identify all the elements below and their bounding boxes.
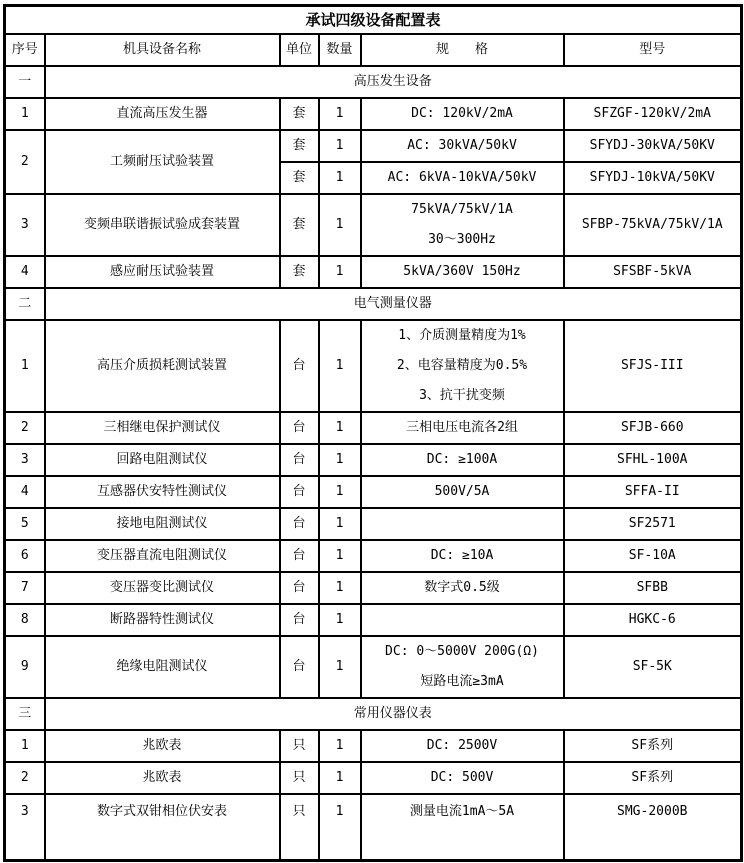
equipment-name-cell: 接地电阻测试仪	[45, 508, 280, 540]
quantity-cell: 1	[319, 320, 361, 412]
spec-cell: DC: 0～5000V 200G(Ω)短路电流≥3mA	[361, 636, 564, 698]
equipment-name-cell: 兆欧表	[45, 762, 280, 794]
table-row: 1高压介质损耗测试装置台11、介质测量精度为1%2、电容量精度为0.5%3、抗干…	[5, 320, 742, 412]
row-number-cell: 2	[5, 412, 45, 444]
spec-cell: DC: ≥100A	[361, 444, 564, 476]
spec-cell: 数字式0.5级	[361, 572, 564, 604]
title-row: 承试四级设备配置表	[5, 6, 742, 35]
table-row: 3变频串联谐振试验成套装置套175kVA/75kV/1A30～300HzSFBP…	[5, 194, 742, 256]
model-cell: SFYDJ-30kVA/50KV	[564, 130, 742, 162]
spec-line: 测量电流1mA～5A	[362, 797, 563, 827]
model-cell: SFHL-100A	[564, 444, 742, 476]
quantity-cell: 1	[319, 256, 361, 288]
quantity-cell: 1	[319, 130, 361, 162]
column-header-qty: 数量	[319, 34, 361, 66]
quantity-cell: 1	[319, 508, 361, 540]
spec-line: 3、抗干扰变频	[362, 381, 563, 411]
equipment-name-cell: 变压器直流电阻测试仪	[45, 540, 280, 572]
spec-cell: DC: ≥10A	[361, 540, 564, 572]
section-category: 电气测量仪器	[45, 288, 742, 320]
spec-cell	[361, 508, 564, 540]
column-header-model: 型号	[564, 34, 742, 66]
equipment-name-cell: 直流高压发生器	[45, 98, 280, 130]
row-number-cell: 9	[5, 636, 45, 698]
unit-cell: 套	[280, 256, 319, 288]
unit-cell: 台	[280, 636, 319, 698]
section-index: 一	[5, 66, 45, 98]
model-cell: SF系列	[564, 730, 742, 762]
row-number-cell: 1	[5, 320, 45, 412]
row-number-cell: 4	[5, 476, 45, 508]
spec-cell: 75kVA/75kV/1A30～300Hz	[361, 194, 564, 256]
quantity-cell: 1	[319, 762, 361, 794]
table-row: 1直流高压发生器套1DC: 120kV/2mASFZGF-120kV/2mA	[5, 98, 742, 130]
unit-cell: 套	[280, 162, 319, 194]
row-number-cell: 3	[5, 444, 45, 476]
spec-line: 1、介质测量精度为1%	[362, 321, 563, 351]
spec-line: DC: ≥100A	[362, 445, 563, 475]
unit-cell: 台	[280, 412, 319, 444]
quantity-cell: 1	[319, 162, 361, 194]
model-cell: SFBP-75kVA/75kV/1A	[564, 194, 742, 256]
spec-cell: 500V/5A	[361, 476, 564, 508]
model-cell: SMG-2000B	[564, 794, 742, 861]
unit-cell: 台	[280, 540, 319, 572]
unit-cell: 只	[280, 794, 319, 861]
row-number-cell: 6	[5, 540, 45, 572]
row-number-cell: 1	[5, 98, 45, 130]
spec-line: AC: 6kVA-10kVA/50kV	[362, 163, 563, 193]
column-header-unit: 单位	[280, 34, 319, 66]
equipment-name-cell: 变频串联谐振试验成套装置	[45, 194, 280, 256]
spec-cell: DC: 2500V	[361, 730, 564, 762]
model-cell: SF-5K	[564, 636, 742, 698]
column-header-spec: 规 格	[361, 34, 564, 66]
row-number-cell: 2	[5, 130, 45, 194]
model-cell: SF-10A	[564, 540, 742, 572]
quantity-cell: 1	[319, 730, 361, 762]
table-row: 2兆欧表只1DC: 500VSF系列	[5, 762, 742, 794]
row-number-cell: 1	[5, 730, 45, 762]
header-row: 序号机具设备名称单位数量规 格型号	[5, 34, 742, 66]
spec-cell: 1、介质测量精度为1%2、电容量精度为0.5%3、抗干扰变频	[361, 320, 564, 412]
spec-cell: 测量电流1mA～5A	[361, 794, 564, 861]
unit-cell: 台	[280, 508, 319, 540]
unit-cell: 台	[280, 444, 319, 476]
row-number-cell: 3	[5, 794, 45, 861]
model-cell: SFJB-660	[564, 412, 742, 444]
quantity-cell: 1	[319, 194, 361, 256]
section-header-row: 三常用仪器仪表	[5, 698, 742, 730]
model-cell: HGKC-6	[564, 604, 742, 636]
spec-line: 30～300Hz	[362, 225, 563, 255]
section-header-row: 一高压发生设备	[5, 66, 742, 98]
row-number-cell: 4	[5, 256, 45, 288]
equipment-name-cell: 变压器变比测试仪	[45, 572, 280, 604]
unit-cell: 套	[280, 130, 319, 162]
table-row: 3回路电阻测试仪台1DC: ≥100ASFHL-100A	[5, 444, 742, 476]
model-cell: SFYDJ-10kVA/50KV	[564, 162, 742, 194]
spec-cell: AC: 6kVA-10kVA/50kV	[361, 162, 564, 194]
spec-line: DC: 2500V	[362, 731, 563, 761]
spec-cell: DC: 120kV/2mA	[361, 98, 564, 130]
spec-cell: AC: 30kVA/50kV	[361, 130, 564, 162]
quantity-cell: 1	[319, 476, 361, 508]
spec-line: AC: 30kVA/50kV	[362, 131, 563, 161]
section-header-row: 二电气测量仪器	[5, 288, 742, 320]
table-row: 4感应耐压试验装置套15kVA/360V 150HzSFSBF-5kVA	[5, 256, 742, 288]
quantity-cell: 1	[319, 794, 361, 861]
equipment-name-cell: 工频耐压试验装置	[45, 130, 280, 194]
row-number-cell: 7	[5, 572, 45, 604]
section-index: 三	[5, 698, 45, 730]
section-category: 常用仪器仪表	[45, 698, 742, 730]
unit-cell: 台	[280, 320, 319, 412]
spec-cell: 5kVA/360V 150Hz	[361, 256, 564, 288]
spec-cell: DC: 500V	[361, 762, 564, 794]
spec-line: DC: 500V	[362, 763, 563, 793]
unit-cell: 只	[280, 762, 319, 794]
unit-cell: 台	[280, 604, 319, 636]
spec-cell	[361, 604, 564, 636]
table-row: 4互感器伏安特性测试仪台1500V/5ASFFA-II	[5, 476, 742, 508]
row-number-cell: 8	[5, 604, 45, 636]
model-cell: SFZGF-120kV/2mA	[564, 98, 742, 130]
model-cell: SFBB	[564, 572, 742, 604]
spec-line: DC: 0～5000V 200G(Ω)	[362, 637, 563, 667]
column-header-name: 机具设备名称	[45, 34, 280, 66]
unit-cell: 台	[280, 572, 319, 604]
equipment-name-cell: 互感器伏安特性测试仪	[45, 476, 280, 508]
unit-cell: 套	[280, 98, 319, 130]
table-row: 3数字式双钳相位伏安表只1测量电流1mA～5ASMG-2000B	[5, 794, 742, 861]
table-row: 1兆欧表只1DC: 2500VSF系列	[5, 730, 742, 762]
column-header-no: 序号	[5, 34, 45, 66]
equipment-name-cell: 断路器特性测试仪	[45, 604, 280, 636]
spec-line: 数字式0.5级	[362, 573, 563, 603]
spec-line: 500V/5A	[362, 477, 563, 507]
equipment-name-cell: 兆欧表	[45, 730, 280, 762]
quantity-cell: 1	[319, 540, 361, 572]
equipment-name-cell: 数字式双钳相位伏安表	[45, 794, 280, 861]
quantity-cell: 1	[319, 412, 361, 444]
table-row: 2三相继电保护测试仪台1三相电压电流各2组SFJB-660	[5, 412, 742, 444]
row-number-cell: 3	[5, 194, 45, 256]
equipment-name-cell: 高压介质损耗测试装置	[45, 320, 280, 412]
section-category: 高压发生设备	[45, 66, 742, 98]
table-row: 6变压器直流电阻测试仪台1DC: ≥10ASF-10A	[5, 540, 742, 572]
quantity-cell: 1	[319, 444, 361, 476]
spec-line: 5kVA/360V 150Hz	[362, 257, 563, 287]
unit-cell: 只	[280, 730, 319, 762]
table-row: 5接地电阻测试仪台1SF2571	[5, 508, 742, 540]
equipment-config-table: 承试四级设备配置表序号机具设备名称单位数量规 格型号一高压发生设备1直流高压发生…	[3, 4, 743, 862]
table-row: 2工频耐压试验装置套1AC: 30kVA/50kVSFYDJ-30kVA/50K…	[5, 130, 742, 162]
table-row: 7变压器变比测试仪台1数字式0.5级SFBB	[5, 572, 742, 604]
equipment-config-sheet: 承试四级设备配置表序号机具设备名称单位数量规 格型号一高压发生设备1直流高压发生…	[0, 0, 744, 863]
quantity-cell: 1	[319, 636, 361, 698]
table-row: 8断路器特性测试仪台1HGKC-6	[5, 604, 742, 636]
model-cell: SF2571	[564, 508, 742, 540]
spec-line: 2、电容量精度为0.5%	[362, 351, 563, 381]
equipment-name-cell: 回路电阻测试仪	[45, 444, 280, 476]
spec-line: 短路电流≥3mA	[362, 667, 563, 697]
spec-cell: 三相电压电流各2组	[361, 412, 564, 444]
quantity-cell: 1	[319, 98, 361, 130]
section-index: 二	[5, 288, 45, 320]
equipment-name-cell: 感应耐压试验装置	[45, 256, 280, 288]
model-cell: SFSBF-5kVA	[564, 256, 742, 288]
equipment-table-body: 承试四级设备配置表序号机具设备名称单位数量规 格型号一高压发生设备1直流高压发生…	[5, 6, 742, 861]
spec-line: DC: 120kV/2mA	[362, 99, 563, 129]
table-title: 承试四级设备配置表	[5, 6, 742, 35]
spec-line: 三相电压电流各2组	[362, 413, 563, 443]
model-cell: SFJS-III	[564, 320, 742, 412]
quantity-cell: 1	[319, 572, 361, 604]
quantity-cell: 1	[319, 604, 361, 636]
unit-cell: 套	[280, 194, 319, 256]
equipment-name-cell: 三相继电保护测试仪	[45, 412, 280, 444]
spec-line: DC: ≥10A	[362, 541, 563, 571]
model-cell: SF系列	[564, 762, 742, 794]
spec-line: 75kVA/75kV/1A	[362, 195, 563, 225]
unit-cell: 台	[280, 476, 319, 508]
equipment-name-cell: 绝缘电阻测试仪	[45, 636, 280, 698]
row-number-cell: 5	[5, 508, 45, 540]
model-cell: SFFA-II	[564, 476, 742, 508]
table-row: 9绝缘电阻测试仪台1DC: 0～5000V 200G(Ω)短路电流≥3mASF-…	[5, 636, 742, 698]
row-number-cell: 2	[5, 762, 45, 794]
